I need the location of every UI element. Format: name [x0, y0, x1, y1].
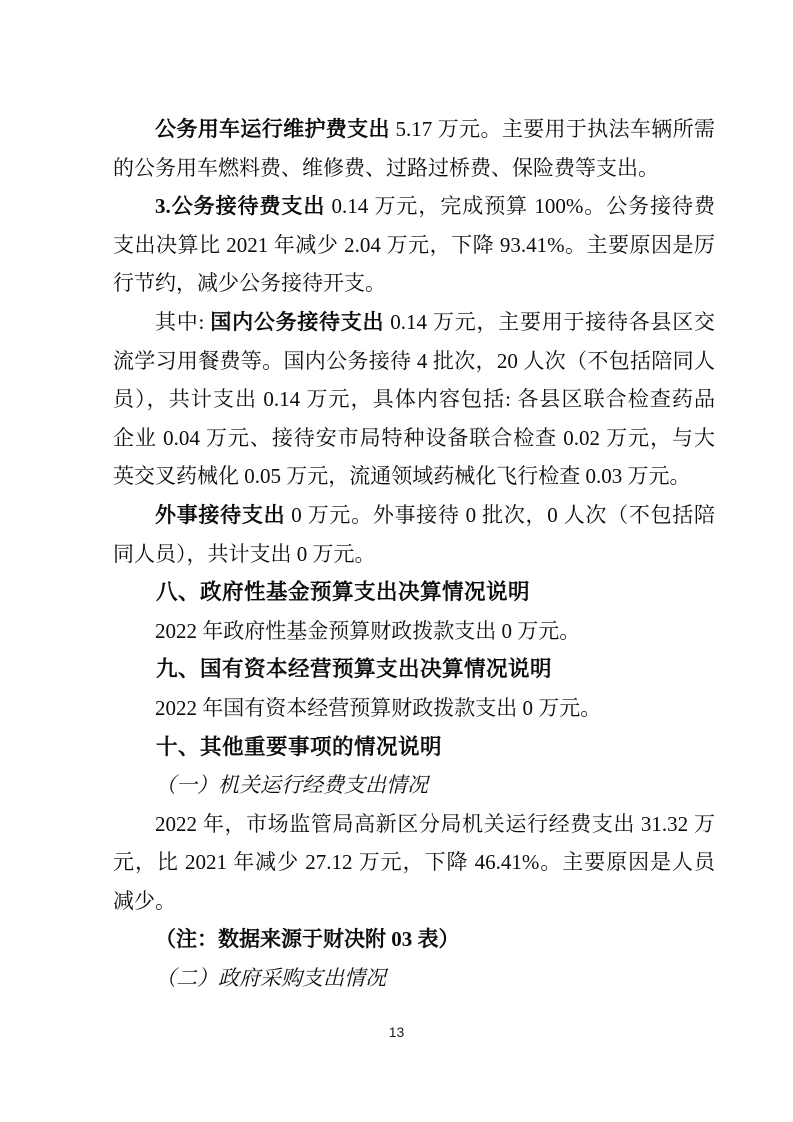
bold-text-run: 八、政府性基金预算支出决算情况说明	[156, 580, 530, 604]
bold-text-run: （注：数据来源于财决附 03 表）	[155, 927, 460, 951]
text-run: （一）机关运行经费支出情况	[155, 773, 428, 797]
bold-text-run: 十、其他重要事项的情况说明	[156, 735, 442, 759]
para-reception-cost-line-2: 支出决算比 2021 年减少 2.04 万元，下降 93.41%。主要原因是厉	[113, 226, 715, 265]
subheading-item-1: （一）机关运行经费支出情况	[113, 766, 715, 805]
note-data-source: （注：数据来源于财决附 03 表）	[113, 920, 715, 959]
bold-text-run: 外事接待支出	[155, 503, 285, 527]
para-vehicle-cost-line-2: 的公务用车燃料费、维修费、过路过桥费、保险费等支出。	[113, 149, 715, 188]
text-run: 0.14 万元，主要用于接待各县区交	[384, 310, 715, 334]
para-vehicle-cost-line-1: 公务用车运行维护费支出 5.17 万元。主要用于执法车辆所需	[113, 110, 715, 149]
para-operating-cost-line-2: 元，比 2021 年减少 27.12 万元，下降 46.41%。主要原因是人员	[113, 843, 715, 882]
subheading-item-2: （二）政府采购支出情况	[113, 959, 715, 998]
text-run: 行节约，减少公务接待开支。	[113, 271, 386, 295]
text-run: （二）政府采购支出情况	[155, 966, 386, 990]
text-run: 2022 年，市场监管局高新区分局机关运行经费支出 31.32 万	[155, 812, 715, 836]
bold-text-run: 九、国有资本经营预算支出决算情况说明	[156, 657, 552, 681]
para-operating-cost-line-1: 2022 年，市场监管局高新区分局机关运行经费支出 31.32 万	[113, 805, 715, 844]
text-run: 流学习用餐费等。国内公务接待 4 批次，20 人次（不包括陪同人	[113, 349, 715, 373]
para-domestic-reception-line-5: 英交叉药械化 0.05 万元，流通领域药械化飞行检查 0.03 万元。	[113, 457, 715, 496]
para-foreign-reception-line-1: 外事接待支出 0 万元。外事接待 0 批次，0 人次（不包括陪	[113, 496, 715, 535]
text-run: 2022 年国有资本经营预算财政拨款支出 0 万元。	[155, 696, 601, 720]
heading-section-8: 八、政府性基金预算支出决算情况说明	[113, 573, 715, 612]
para-domestic-reception-line-3: 员），共计支出 0.14 万元，具体内容包括: 各县区联合检查药品	[113, 380, 715, 419]
text-run: 减少。	[113, 889, 176, 913]
text-run: 0 万元。外事接待 0 批次，0 人次（不包括陪	[285, 503, 715, 527]
text-run: 5.17 万元。主要用于执法车辆所需	[390, 117, 715, 141]
text-run: 同人员），共计支出 0 万元。	[113, 542, 376, 566]
text-run: 其中:	[155, 310, 210, 334]
para-gov-fund-budget: 2022 年政府性基金预算财政拨款支出 0 万元。	[113, 612, 715, 651]
para-state-capital-budget: 2022 年国有资本经营预算财政拨款支出 0 万元。	[113, 689, 715, 728]
heading-section-9: 九、国有资本经营预算支出决算情况说明	[113, 650, 715, 689]
para-reception-cost-line-3: 行节约，减少公务接待开支。	[113, 264, 715, 303]
text-run: 元，比 2021 年减少 27.12 万元，下降 46.41%。主要原因是人员	[113, 850, 715, 874]
text-run: 英交叉药械化 0.05 万元，流通领域药械化飞行检查 0.03 万元。	[113, 464, 691, 488]
para-domestic-reception-line-2: 流学习用餐费等。国内公务接待 4 批次，20 人次（不包括陪同人	[113, 342, 715, 381]
text-run: 员），共计支出 0.14 万元，具体内容包括: 各县区联合检查药品	[113, 387, 715, 411]
document-body: 公务用车运行维护费支出 5.17 万元。主要用于执法车辆所需的公务用车燃料费、维…	[113, 110, 715, 998]
para-operating-cost-line-3: 减少。	[113, 882, 715, 921]
bold-text-run: 3.公务接待费支出	[155, 194, 325, 218]
para-domestic-reception-line-4: 企业 0.04 万元、接待安市局特种设备联合检查 0.02 万元，与大	[113, 419, 715, 458]
heading-section-10: 十、其他重要事项的情况说明	[113, 728, 715, 767]
bold-text-run: 公务用车运行维护费支出	[155, 117, 390, 141]
para-domestic-reception-line-1: 其中: 国内公务接待支出 0.14 万元，主要用于接待各县区交	[113, 303, 715, 342]
para-foreign-reception-line-2: 同人员），共计支出 0 万元。	[113, 535, 715, 574]
para-reception-cost-line-1: 3.公务接待费支出 0.14 万元，完成预算 100%。公务接待费	[113, 187, 715, 226]
text-run: 的公务用车燃料费、维修费、过路过桥费、保险费等支出。	[113, 156, 659, 180]
text-run: 支出决算比 2021 年减少 2.04 万元，下降 93.41%。主要原因是厉	[113, 233, 715, 257]
text-run: 企业 0.04 万元、接待安市局特种设备联合检查 0.02 万元，与大	[113, 426, 715, 450]
text-run: 2022 年政府性基金预算财政拨款支出 0 万元。	[155, 619, 580, 643]
bold-text-run: 国内公务接待支出	[210, 310, 384, 334]
document-page: 公务用车运行维护费支出 5.17 万元。主要用于执法车辆所需的公务用车燃料费、维…	[0, 0, 793, 1122]
text-run: 0.14 万元，完成预算 100%。公务接待费	[325, 194, 715, 218]
page-number: 13	[0, 1024, 793, 1040]
